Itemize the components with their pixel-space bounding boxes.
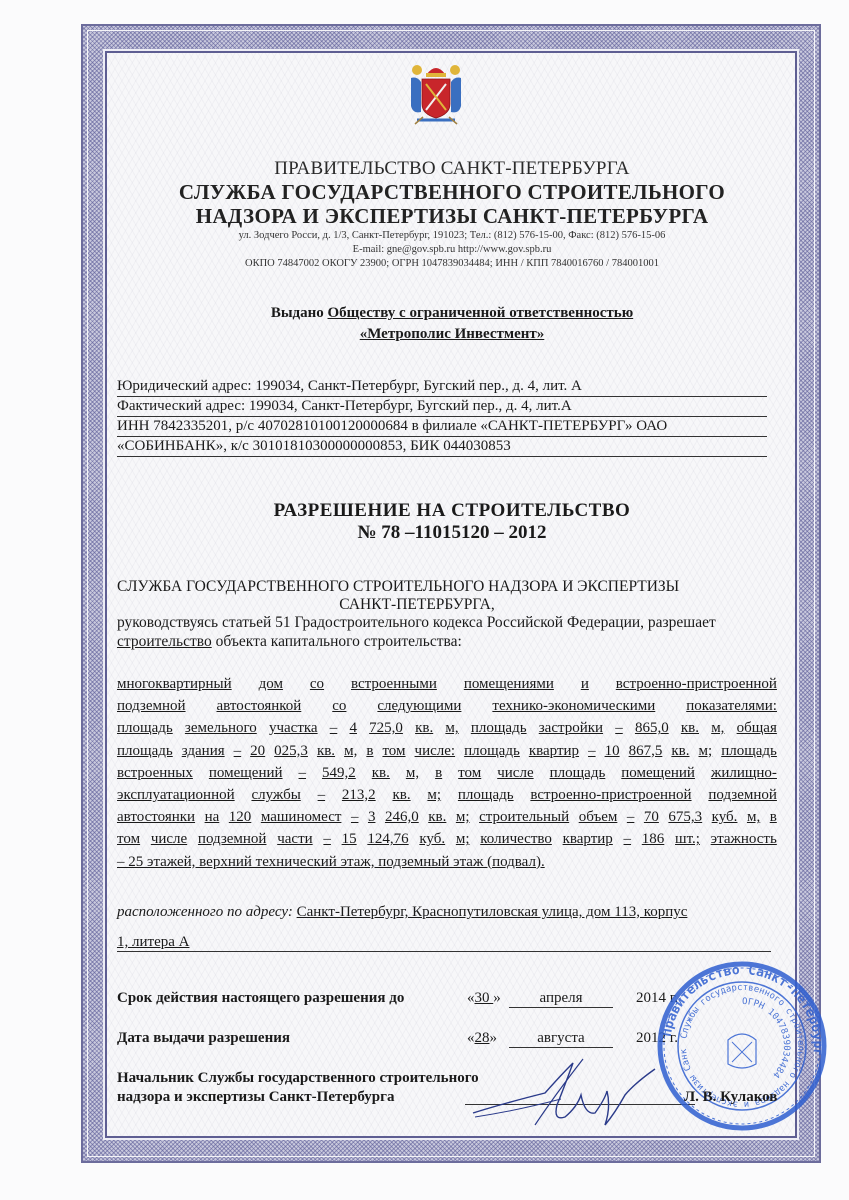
handwritten-signature-icon xyxy=(465,1055,665,1140)
construction-word: строительство xyxy=(117,633,212,650)
object-description-line: встроенныхпомещений–549,2кв.м,втомчислеп… xyxy=(117,762,777,784)
location-line2: 1, литера А xyxy=(117,934,771,952)
service-name-line2: НАДЗОРА И ЭКСПЕРТИЗЫ САНКТ-ПЕТЕРБУРГА xyxy=(107,204,797,229)
validity-month: апреля xyxy=(509,990,613,1008)
authority-line4: строительство объекта капитального строи… xyxy=(117,633,462,651)
government-name: ПРАВИТЕЛЬСТВО САНКТ-ПЕТЕРБУРГА xyxy=(107,158,797,180)
permit-title: РАЗРЕШЕНИЕ НА СТРОИТЕЛЬСТВО xyxy=(107,500,797,522)
object-description-line: подземнойавтостоянкойсоследующимитехнико… xyxy=(117,695,777,717)
object-description: многоквартирныйдомсовстроеннымипомещения… xyxy=(117,673,777,873)
issued-to: Выдано Обществу с ограниченной ответстве… xyxy=(107,305,797,322)
signatory-title-line1: Начальник Службы государственного строит… xyxy=(117,1070,479,1087)
bank-details-line2: «СОБИНБАНК», к/с 30101810300000000853, Б… xyxy=(117,437,767,457)
bank-details-line1: ИНН 7842335201, р/с 40702810100120000684… xyxy=(117,417,767,437)
location-label: расположенного по адресу xyxy=(117,904,288,920)
location-line1: расположенного по адресу: Санкт-Петербур… xyxy=(117,904,777,921)
issue-month: августа xyxy=(509,1030,613,1048)
location-address-line2: 1, литера А xyxy=(117,934,189,950)
saint-petersburg-coat-of-arms-icon xyxy=(407,62,465,128)
object-description-line: многоквартирныйдомсовстроеннымипомещения… xyxy=(117,673,777,695)
requisites-block: Юридический адрес: 199034, Санкт-Петербу… xyxy=(117,377,767,457)
contact-registration-codes: ОКПО 74847002 ОКОГУ 23900; ОГРН 10478390… xyxy=(107,258,797,269)
object-description-line: томчислеподземнойчасти–15124,76куб.м;кол… xyxy=(117,828,777,850)
official-round-stamp-icon: Правительство Санкт-Петербург Службы гос… xyxy=(652,960,832,1132)
permit-number: № 78 –11015120 – 2012 xyxy=(107,522,797,544)
service-name-line1: СЛУЖБА ГОСУДАРСТВЕННОГО СТРОИТЕЛЬНОГО xyxy=(107,180,797,205)
issue-date-label: Дата выдачи разрешения xyxy=(117,1030,290,1047)
location-address-line1: Санкт-Петербург, Краснопутиловская улица… xyxy=(297,904,688,920)
object-description-line: эксплуатационнойслужбы–213,2кв.м;площадь… xyxy=(117,784,777,806)
contact-address: ул. Зодчего Росси, д. 1/3, Санкт-Петербу… xyxy=(107,230,797,241)
authority-line2: САНКТ-ПЕТЕРБУРГА, xyxy=(117,596,717,614)
legal-address: Юридический адрес: 199034, Санкт-Петербу… xyxy=(117,377,767,397)
issued-org-line1: Обществу с ограниченной ответственностью xyxy=(328,305,634,321)
object-description-line: автостоянкина120машиномест–3246,0кв.м;ст… xyxy=(117,806,777,828)
contact-email-web: E-mail: gne@gov.spb.ru http://www.gov.sp… xyxy=(107,244,797,255)
authority-line3: руководствуясь статьей 51 Градостроитель… xyxy=(117,614,716,632)
object-description-line: площадьздания–20025,3кв.м,втомчисле:площ… xyxy=(117,740,777,762)
authority-line1: СЛУЖБА ГОСУДАРСТВЕННОГО СТРОИТЕЛЬНОГО НА… xyxy=(117,578,679,596)
object-description-line: – 25 этажей, верхний технический этаж, п… xyxy=(117,851,777,873)
validity-label: Срок действия настоящего разрешения до xyxy=(117,990,404,1007)
location-colon: : xyxy=(288,904,297,920)
signatory-name: Л. В. Кулаков xyxy=(684,1089,777,1106)
issued-org-line2: «Метрополис Инвестмент» xyxy=(107,326,797,343)
issue-day: «28» xyxy=(467,1030,497,1047)
issued-prefix: Выдано xyxy=(271,305,328,321)
object-description-line: площадьземельногоучастка–4725,0кв.м,площ… xyxy=(117,717,777,739)
signatory-title-line2: надзора и экспертизы Санкт-Петербурга xyxy=(117,1089,394,1106)
actual-address: Фактический адрес: 199034, Санкт-Петербу… xyxy=(117,397,767,417)
validity-day: «30 » xyxy=(467,990,501,1007)
authority-line4-rest: объекта капитального строительства: xyxy=(212,633,462,650)
